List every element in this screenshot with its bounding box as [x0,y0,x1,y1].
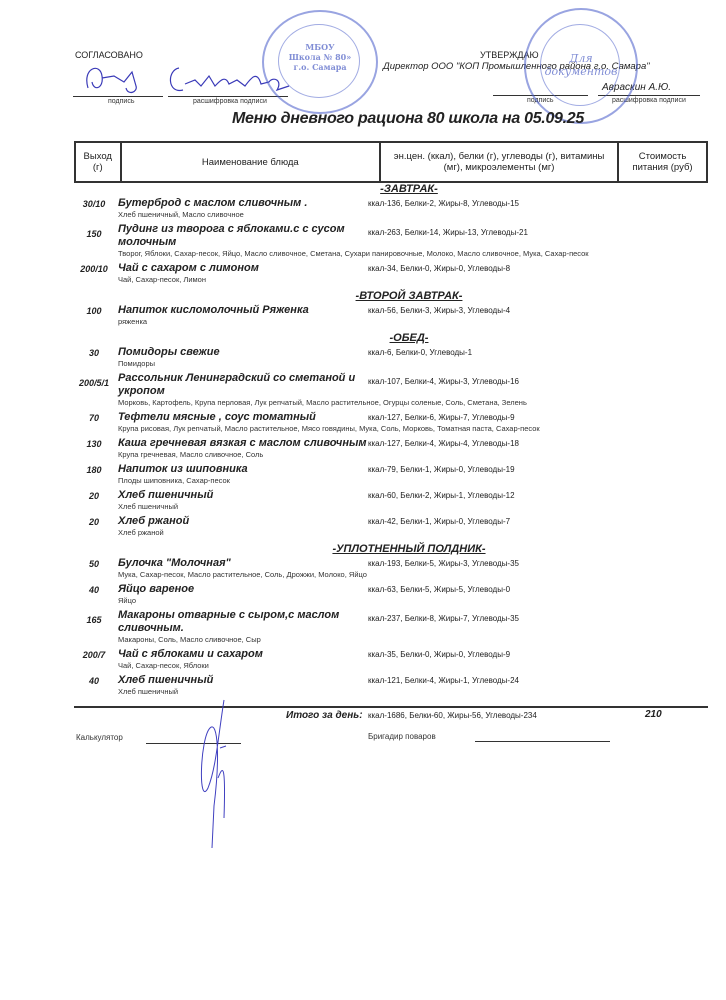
item-yield: 40 [74,676,114,686]
section-heading-text: -ОБЕД- [390,332,429,344]
item-dish-name: Рассольник Ленинградский со сметаной и у… [118,372,378,398]
chef-label: Бригадир поваров [368,732,436,741]
item-nutrition: ккал-193, Белки-5, Жиры-3, Углеводы-35 [368,559,648,568]
item-nutrition: ккал-136, Белки-2, Жиры-8, Углеводы-15 [368,199,648,208]
item-yield: 40 [74,585,114,595]
decryption-caption: расшифровка подписи [193,98,267,105]
stamp-line-1: МБОУ [264,42,376,52]
signature-caption: подпись [108,98,134,105]
item-yield: 130 [74,439,114,449]
section-heading: -УПЛОТНЕННЫЙ ПОЛДНИК- [0,543,726,555]
item-nutrition: ккал-107, Белки-4, Жиры-3, Углеводы-16 [368,377,648,386]
item-yield: 165 [74,615,114,625]
section-heading: -ЗАВТРАК- [0,183,726,195]
total-label: Итого за день: [286,710,363,721]
item-nutrition: ккал-63, Белки-5, Жиры-5, Углеводы-0 [368,585,648,594]
item-yield: 20 [74,517,114,527]
item-nutrition: ккал-42, Белки-1, Жиры-0, Углеводы-7 [368,517,648,526]
item-ingredients: Макароны, Соль, Масло сливочное, Сыр [118,635,708,645]
item-yield: 30/10 [74,199,114,209]
item-yield: 180 [74,465,114,475]
page-title: Меню дневного рациона 80 школа на 05.09.… [0,110,726,128]
calculator-label: Калькулятор [76,733,123,742]
item-dish-name: Бутерброд с маслом сливочным . [118,197,378,210]
col-cost: Стоимость питания (руб) [618,142,707,182]
item-yield: 100 [74,306,114,316]
signature-left-1 [80,58,150,98]
item-dish-name: Каша гречневая вязкая с маслом сливочным [118,437,378,450]
item-ingredients: Чай, Сахар-песок, Лимон [118,275,708,285]
total-nutrition: ккал-1686, Белки-60, Жиры-56, Углеводы-2… [368,711,537,720]
item-yield: 70 [74,413,114,423]
item-nutrition: ккал-34, Белки-0, Жиры-0, Углеводы-8 [368,264,648,273]
item-ingredients: Чай, Сахар-песок, Яблоки [118,661,708,671]
item-dish-name: Чай с сахаром с лимоном [118,262,378,275]
item-ingredients: Плоды шиповника, Сахар-песок [118,476,708,486]
item-ingredients: Творог, Яблоки, Сахар-песок, Яйцо, Масло… [118,249,708,259]
section-heading-text: -ВТОРОЙ ЗАВТРАК- [356,290,463,302]
stamp-line-3: г.о. Самара [264,62,376,72]
item-dish-name: Чай с яблоками и сахаром [118,648,378,661]
section-heading-text: -ЗАВТРАК- [380,183,438,195]
col-nutrition: эн.цен. (ккал), белки (г), углеводы (г),… [380,142,618,182]
item-dish-name: Помидоры свежие [118,346,378,359]
item-ingredients: Хлеб пшеничный, Масло сливочное [118,210,708,220]
menu-table-header: Выход (г) Наименование блюда эн.цен. (кк… [74,141,708,183]
item-ingredients: Мука, Сахар-песок, Масло растительное, С… [118,570,708,580]
calculator-signature [196,698,236,850]
company-stamp: Для документов [524,8,638,124]
item-yield: 200/5/1 [74,378,114,388]
item-ingredients: ряженка [118,317,708,327]
decryption-line-left [168,96,288,97]
chef-signature-line [475,741,610,742]
section-heading-text: -УПЛОТНЕННЫЙ ПОЛДНИК- [332,543,485,555]
stamp-line-2: Школа № 80» [264,52,376,62]
item-dish-name: Хлеб пшеничный [118,489,378,502]
item-dish-name: Напиток кисломолочный Ряженка [118,304,378,317]
item-nutrition: ккал-56, Белки-3, Жиры-3, Углеводы-4 [368,306,648,315]
item-yield: 200/10 [74,264,114,274]
school-stamp: МБОУ Школа № 80» г.о. Самара [262,10,378,114]
item-nutrition: ккал-121, Белки-4, Жиры-1, Углеводы-24 [368,676,648,685]
item-ingredients: Яйцо [118,596,708,606]
total-cost: 210 [645,709,662,720]
section-heading: -ОБЕД- [0,332,726,344]
item-nutrition: ккал-6, Белки-0, Углеводы-1 [368,348,648,357]
stamp-company-line-1: Для [526,52,636,65]
item-nutrition: ккал-35, Белки-0, Жиры-0, Углеводы-9 [368,650,648,659]
item-yield: 20 [74,491,114,501]
item-nutrition: ккал-127, Белки-4, Жиры-4, Углеводы-18 [368,439,648,448]
item-dish-name: Тефтели мясные , соус томатный [118,411,378,424]
item-dish-name: Напиток из шиповника [118,463,378,476]
item-dish-name: Макароны отварные с сыром,с маслом сливо… [118,609,378,635]
item-nutrition: ккал-79, Белки-1, Жиры-0, Углеводы-19 [368,465,648,474]
col-dish-name: Наименование блюда [121,142,381,182]
item-yield: 30 [74,348,114,358]
item-nutrition: ккал-127, Белки-6, Жиры-7, Углеводы-9 [368,413,648,422]
item-dish-name: Хлеб пшеничный [118,674,378,687]
item-dish-name: Булочка "Молочная" [118,557,378,570]
section-heading: -ВТОРОЙ ЗАВТРАК- [0,290,726,302]
item-dish-name: Хлеб ржаной [118,515,378,528]
item-ingredients: Помидоры [118,359,708,369]
item-nutrition: ккал-263, Белки-14, Жиры-13, Углеводы-21 [368,228,648,237]
item-dish-name: Яйцо вареное [118,583,378,596]
signature-line-left [73,96,163,97]
item-yield: 50 [74,559,114,569]
total-divider [74,706,708,708]
page-title-text: Меню дневного рациона 80 школа на 05.09.… [232,110,584,127]
item-dish-name: Пудинг из творога с яблоками.с с сусом м… [118,223,378,249]
item-nutrition: ккал-237, Белки-8, Жиры-7, Углеводы-35 [368,614,648,623]
item-ingredients: Хлеб пшеничный [118,687,708,697]
item-ingredients: Крупа рисовая, Лук репчатый, Масло расти… [118,424,708,434]
item-ingredients: Хлеб ржаной [118,528,708,538]
item-nutrition: ккал-60, Белки-2, Жиры-1, Углеводы-12 [368,491,648,500]
item-yield: 150 [74,229,114,239]
item-yield: 200/7 [74,650,114,660]
stamp-company-line-2: документов [526,65,636,78]
item-ingredients: Морковь, Картофель, Крупа перловая, Лук … [118,398,708,408]
item-ingredients: Хлеб пшеничный [118,502,708,512]
col-yield: Выход (г) [75,142,121,182]
item-ingredients: Крупа гречневая, Масло сливочное, Соль [118,450,708,460]
